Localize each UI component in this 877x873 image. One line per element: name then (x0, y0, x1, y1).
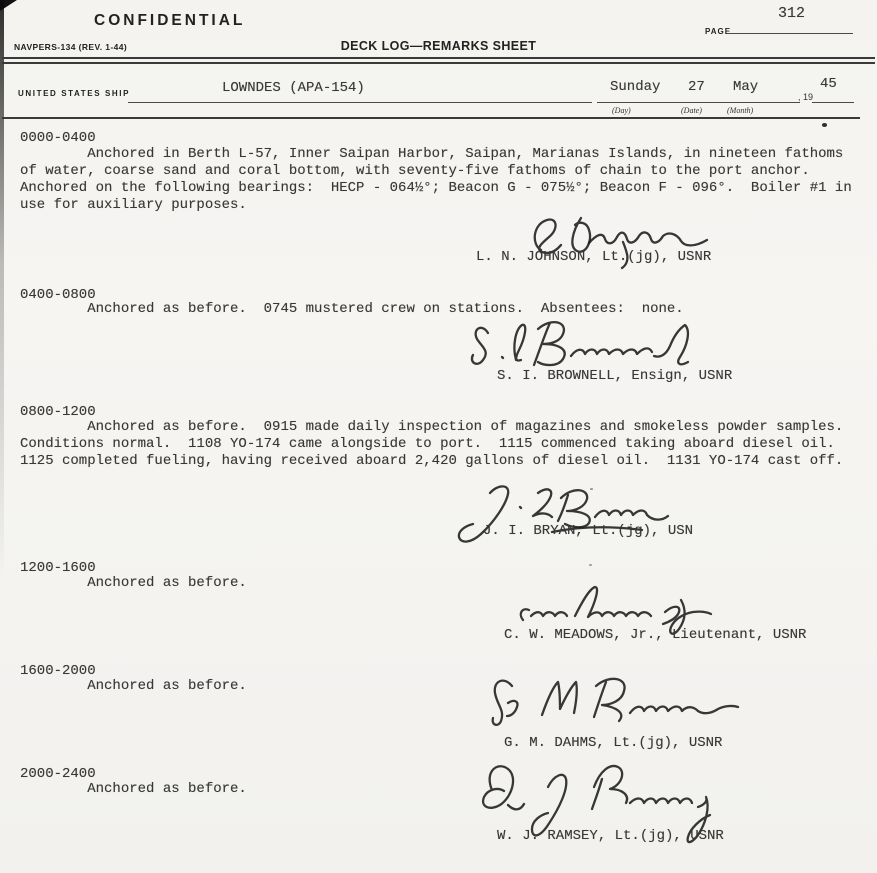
classification-stamp: CONFIDENTIAL (94, 12, 245, 30)
date-rule (597, 102, 800, 103)
signature-typed-name: C. W. MEADOWS, Jr., Lieutenant, USNR (504, 627, 806, 644)
header-rule-2 (2, 62, 875, 64)
signature-typed-name: J. I. BRYAN, Lt.(jg), USN (483, 523, 693, 540)
month-caption: (Month) (727, 106, 753, 115)
signature-typed-name: S. I. BROWNELL, Ensign, USNR (497, 368, 732, 385)
log-line: Anchored as before. (20, 678, 247, 695)
log-month: May (733, 79, 758, 96)
date-caption: (Date) (681, 106, 702, 115)
log-date: 27 (688, 79, 705, 96)
page-number-rule (727, 33, 853, 34)
log-line: use for auxiliary purposes. (20, 197, 247, 214)
page-number: 312 (778, 5, 805, 22)
ship-name: LOWNDES (APA-154) (222, 80, 365, 97)
watch-period: 0000-0400 (20, 130, 96, 147)
log-line: Anchored on the following bearings: HECP… (20, 180, 852, 197)
log-line: Anchored as before. (20, 781, 247, 798)
log-line: 1125 completed fueling, having received … (20, 453, 843, 470)
log-line: Anchored as before. (20, 575, 247, 592)
log-day: Sunday (610, 79, 660, 96)
signature-dahms-ink (488, 668, 750, 736)
day-caption: (Day) (612, 106, 631, 115)
deck-log-remarks-sheet: CONFIDENTIAL PAGE 312 NAVPERS-134 (REV. … (0, 0, 877, 873)
sheet-title: DECK LOG—REMARKS SHEET (0, 39, 877, 53)
ship-label: UNITED STATES SHIP (18, 89, 130, 98)
signature-typed-name: G. M. DAHMS, Lt.(jg), USNR (504, 735, 722, 752)
year-prefix: , 19 (798, 92, 813, 102)
log-line: Anchored as before. 0915 made daily insp… (20, 419, 843, 436)
page-label: PAGE (705, 27, 731, 36)
signature-typed-name: L. N. JOHNSON, Lt.(jg), USNR (476, 249, 711, 266)
year-rule (812, 102, 854, 103)
log-line: Conditions normal. 1108 YO-174 came alon… (20, 436, 835, 453)
signature-typed-name: W. J. RAMSEY, Lt.(jg), USNR (497, 828, 724, 845)
ship-name-rule (128, 102, 592, 103)
header-rule-1 (2, 57, 875, 59)
scan-specks (822, 123, 827, 127)
scan-edge-shadow (0, 0, 4, 580)
log-year: 45 (820, 76, 837, 93)
log-line: of water, coarse sand and coral bottom, … (20, 163, 810, 180)
body-top-rule (2, 117, 860, 119)
log-line: Anchored in Berth L-57, Inner Saipan Har… (20, 146, 843, 163)
